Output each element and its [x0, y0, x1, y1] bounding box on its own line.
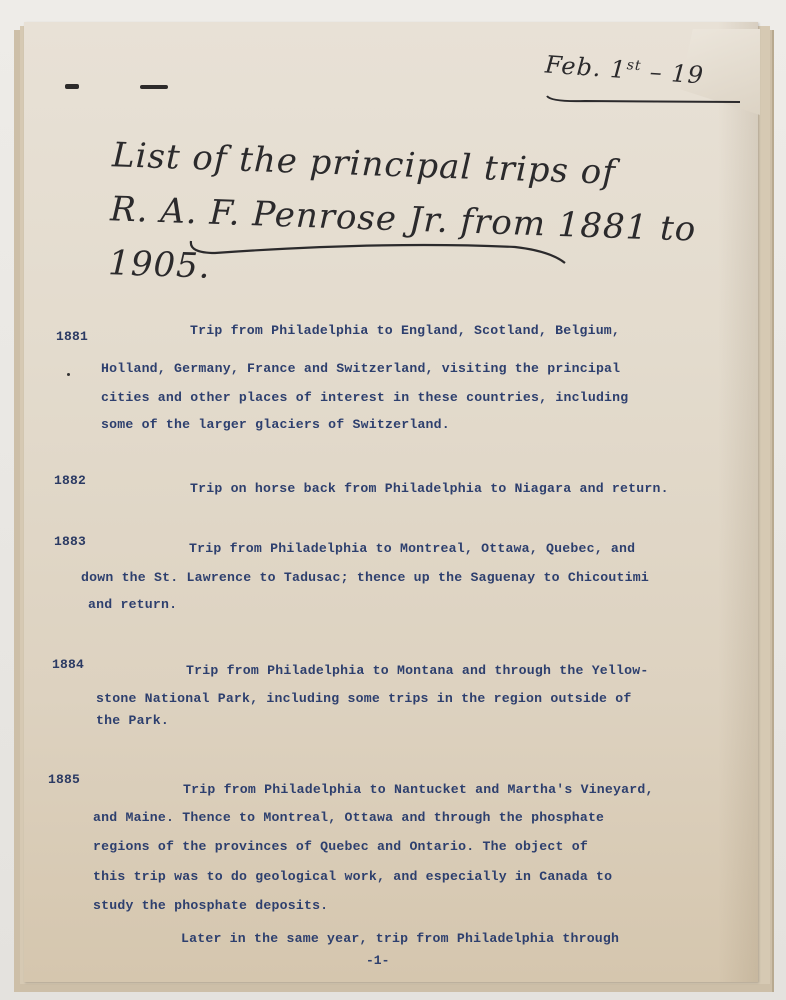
date-text: Feb. 1: [544, 50, 627, 84]
date-suffix: st: [626, 57, 642, 74]
entry-line: and Maine. Thence to Montreal, Ottawa an…: [93, 803, 604, 832]
date-tail: – 19: [640, 57, 705, 89]
title-underline-swash: [185, 235, 585, 275]
entry-line: some of the larger glaciers of Switzerla…: [101, 410, 450, 439]
staple-mark-right: [140, 85, 168, 89]
entry-line: study the phosphate deposits.: [93, 891, 328, 920]
entry-line: Later in the same year, trip from Philad…: [181, 924, 619, 953]
date-underline: [545, 88, 745, 108]
entry-year: 1882: [54, 466, 86, 495]
entry-year: 1881: [56, 322, 88, 351]
entry-line: and return.: [88, 590, 177, 619]
staple-mark-left: [65, 84, 79, 89]
entry-year: 1885: [48, 765, 80, 794]
entry-line: stone National Park, including some trip…: [96, 684, 632, 713]
page-number: -1-: [366, 953, 389, 968]
entry-year: 1884: [52, 650, 84, 679]
entry-line: Trip from Philadelphia to England, Scotl…: [190, 316, 620, 345]
entry-line: Trip on horse back from Philadelphia to …: [190, 474, 669, 503]
handwritten-title: List of the principal trips of R. A. F. …: [107, 128, 786, 313]
entry-line: Trip from Philadelphia to Nantucket and …: [183, 775, 654, 804]
entry-line: regions of the provinces of Quebec and O…: [93, 832, 588, 861]
entry-year: 1883: [54, 527, 86, 556]
ink-speck: [67, 373, 70, 376]
entry-line: down the St. Lawrence to Tadusac; thence…: [81, 563, 649, 592]
entry-line: Trip from Philadelphia to Montreal, Otta…: [189, 534, 635, 563]
entry-line: cities and other places of interest in t…: [101, 383, 628, 412]
entry-line: Holland, Germany, France and Switzerland…: [101, 354, 620, 383]
entry-line: this trip was to do geological work, and…: [93, 862, 612, 891]
entry-line: Trip from Philadelphia to Montana and th…: [186, 656, 649, 685]
entry-line: the Park.: [96, 706, 169, 735]
